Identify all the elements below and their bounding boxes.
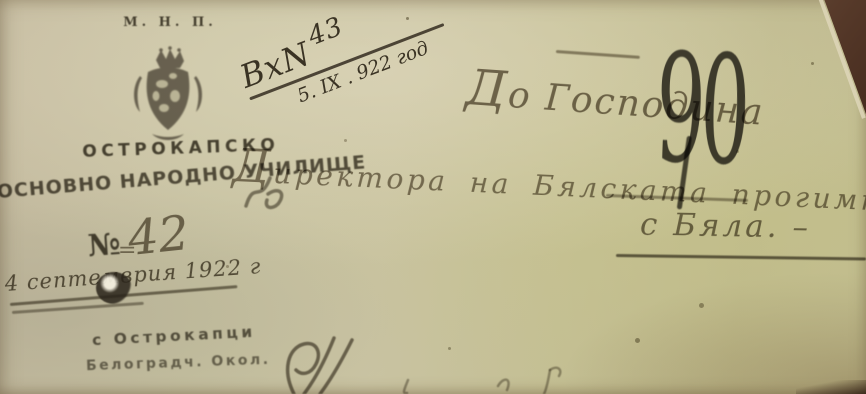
outgoing-number-label: № (87, 227, 122, 264)
village-stamp: с Острокапци (92, 323, 256, 350)
faint-body-strokes (380, 358, 600, 394)
address-flourish-stroke (556, 50, 640, 58)
ministry-abbr-stamp: М. Н. П. (110, 15, 230, 30)
address-line-3: с Бяла. – (640, 207, 812, 246)
ink-blot (96, 272, 132, 304)
body-text-flourish (278, 336, 378, 394)
incoming-registry-note: ВхN43 5. IX . 922 год (235, 0, 457, 124)
photo-bottom-right-shadow (796, 380, 866, 394)
coat-of-arms-stamp-icon (118, 46, 218, 144)
pencil-number-annotation: 90 (653, 34, 747, 187)
district-stamp: Белоградч. Окол. (86, 352, 271, 374)
document-photo: М. Н. П. ОСТРОКАПСКО ОСНОВНО НАРОДНО УЧИ… (0, 0, 866, 394)
outgoing-number-value: 42 (125, 205, 192, 267)
registry-number: 43 (304, 11, 348, 52)
address-underline (616, 254, 866, 260)
